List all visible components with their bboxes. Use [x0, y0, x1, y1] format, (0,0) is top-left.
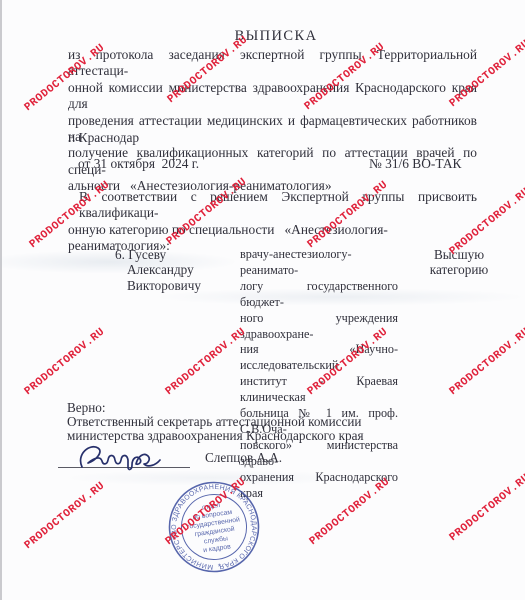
category-line: Высшую [421, 247, 497, 262]
scan-edge-artifact [0, 0, 2, 600]
watermark-text: PRODOCTOROV.RU [448, 326, 525, 398]
resolution-line: В соответствии с решением Экспертной гру… [68, 189, 477, 222]
resolution-paragraph: В соответствии с решением Экспертной гру… [68, 189, 477, 255]
entry-name-line: Александру [115, 262, 225, 277]
verno-label: Верно: [67, 401, 364, 415]
intro-paragraph: из протокола заседания экспертной группы… [68, 47, 477, 195]
watermark-text: PRODOCTOROV.RU [164, 326, 249, 398]
signatory-name: Слепцов А.А. [205, 450, 282, 466]
category-line: категорию [421, 262, 497, 277]
watermark-text: PRODOCTOROV.RU [448, 472, 525, 544]
watermark-text: PRODOCTOROV.RU [23, 326, 108, 398]
position-line: ния «Научно-исследовательский [240, 342, 398, 374]
secretary-line: Ответственный секретарь аттестационной к… [67, 415, 364, 429]
entry-category-column: Высшую категорию [421, 247, 497, 278]
position-line: ного учреждения здравоохране- [240, 311, 398, 343]
entry-number-and-surname: 6. Гусеву [115, 247, 225, 262]
watermark-text: PRODOCTOROV.RU [23, 480, 108, 552]
document-title: ВЫПИСКА [52, 28, 500, 45]
svg-text:МИНИСТЕРСТВО ЗДРАВООХРАНЕНИЯ К: МИНИСТЕРСТВО ЗДРАВООХРАНЕНИЯ КРАСНОДАРСК… [165, 478, 262, 575]
position-line: логу государственного бюджет- [240, 279, 398, 311]
document-page: ВЫПИСКА из протокола заседания экспертно… [0, 0, 525, 600]
handwritten-signature [72, 440, 192, 472]
official-round-stamp: МИНИСТЕРСТВО ЗДРАВООХРАНЕНИЯ КРАСНОДАРСК… [159, 472, 269, 582]
entry-name-line: Викторовичу [115, 278, 225, 293]
document-date: от 31 октября 2024 г. [78, 156, 199, 172]
certification-block: Верно: Ответственный секретарь аттестаци… [67, 401, 364, 442]
intro-line: онной комиссии министерства здравоохране… [68, 80, 477, 113]
intro-line: из протокола заседания экспертной группы… [68, 47, 477, 80]
position-line: врачу-анестезиологу-реанимато- [240, 247, 398, 279]
city-label: г. Краснодар [68, 130, 139, 146]
stamp-ring-text: МИНИСТЕРСТВО ЗДРАВООХРАНЕНИЯ КРАСНОДАРСК… [165, 478, 262, 575]
document-number: № 31/6 ВО-ТАК [369, 156, 461, 172]
entry-name-column: 6. Гусеву Александру Викторовичу [115, 247, 225, 293]
